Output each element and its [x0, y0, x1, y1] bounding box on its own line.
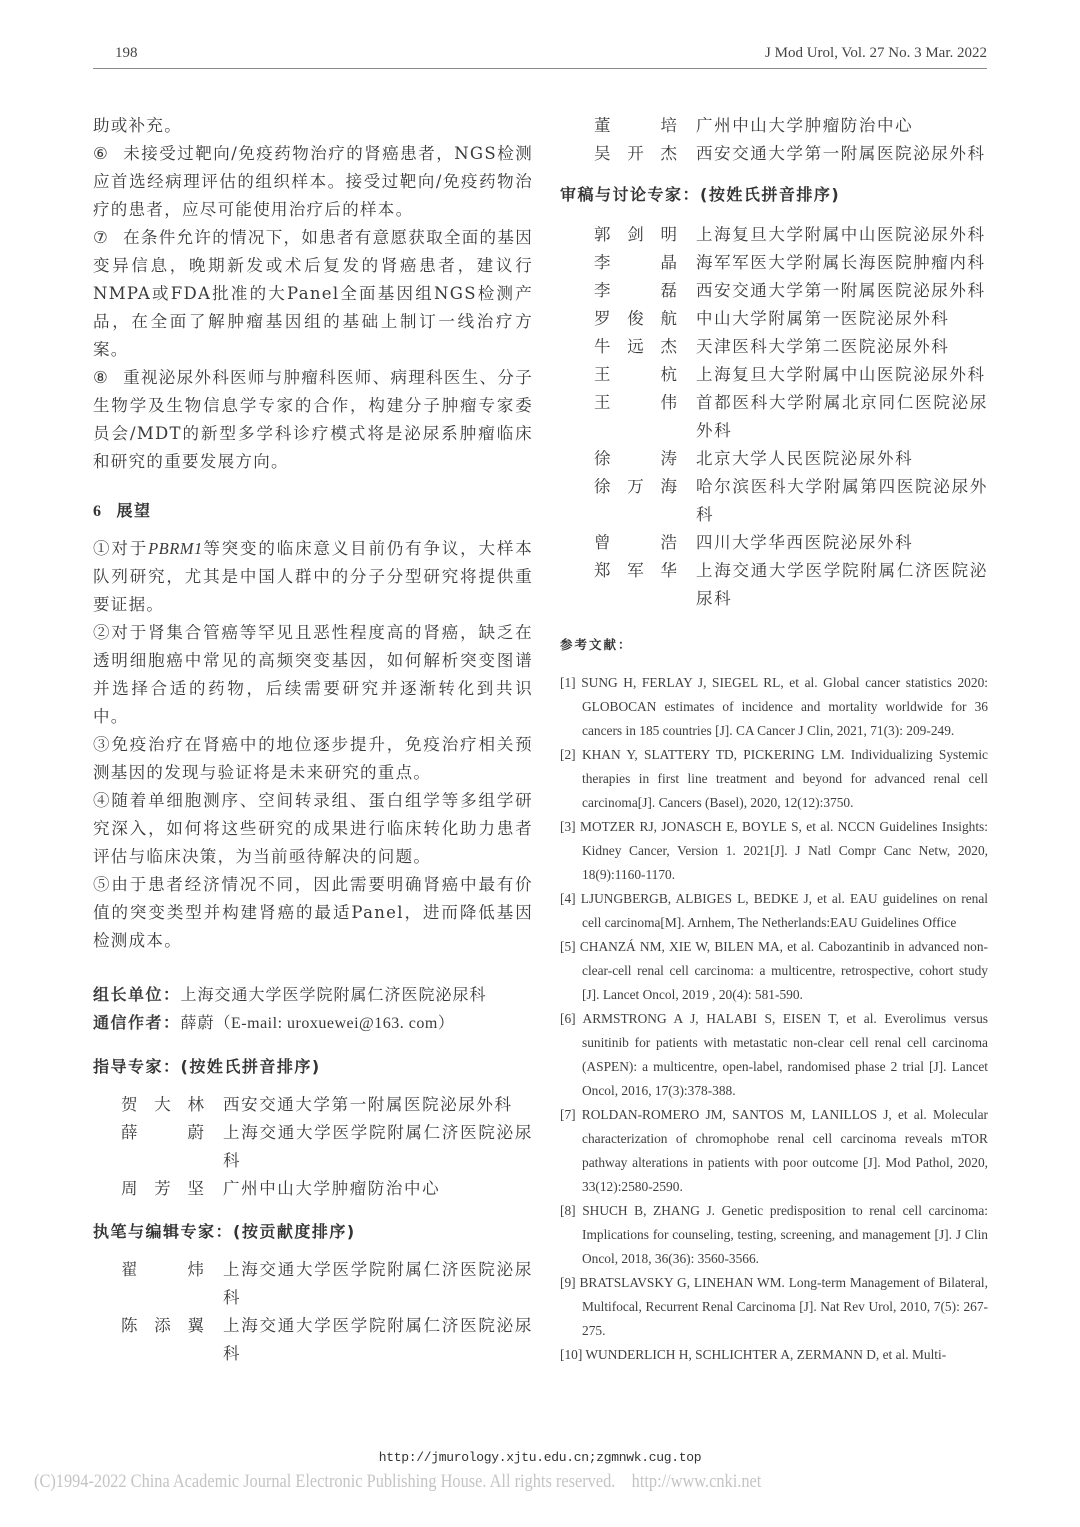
left-column: 助或补充。 ⑥未接受过靶向/免疫药物治疗的肾癌患者，NGS检测应首选经病理评估的… [93, 112, 533, 1368]
reference-item: [2] KHAN Y, SLATTERY TD, PICKERING LM. I… [560, 743, 988, 815]
recommendation-6: ⑥未接受过靶向/免疫药物治疗的肾癌患者，NGS检测应首选经病理评估的组织样本。接… [93, 140, 533, 224]
email-link[interactable]: （E-mail: uroxuewei@163. com） [215, 1015, 455, 1032]
page-number: 198 [115, 45, 138, 62]
expert-row: 罗俊航中山大学附属第一医院泌尿外科 [594, 305, 988, 333]
item-number: ⑧ [93, 368, 109, 387]
item-number: ⑦ [93, 228, 109, 247]
expert-row: 贺大林西安交通大学第一附属医院泌尿外科 [121, 1091, 533, 1119]
item-text: 在条件允许的情况下，如患者有意愿获取全面的基因变异信息，晚期新发或术后复发的肾癌… [93, 228, 533, 359]
footer-journal-url[interactable]: http://jmurology.xjtu.edu.cn;zgmnwk.cug.… [0, 1450, 1080, 1465]
review-experts-list: 郭剑明上海复旦大学附属中山医院泌尿外科 李 晶海军军医大学附属长海医院肿瘤内科 … [560, 221, 988, 613]
outlook-point-2: ②对于肾集合管癌等罕见且恶性程度高的肾癌，缺乏在透明细胞癌中常见的高频突变基因，… [93, 619, 533, 731]
writing-experts-list: 翟 炜上海交通大学医学院附属仁济医院泌尿科 陈添翼上海交通大学医学院附属仁济医院… [93, 1256, 533, 1368]
section-heading-outlook: 6展望 [93, 498, 533, 521]
expert-row: 陈添翼上海交通大学医学院附属仁济医院泌尿科 [121, 1312, 533, 1368]
expert-row: 吴开杰西安交通大学第一附属医院泌尿外科 [594, 140, 988, 168]
right-column: 董 培广州中山大学肿瘤防治中心 吴开杰西安交通大学第一附属医院泌尿外科 审稿与讨… [560, 112, 988, 1367]
expert-row: 周芳坚广州中山大学肿瘤防治中心 [121, 1175, 533, 1203]
journal-citation: J Mod Urol, Vol. 27 No. 3 Mar. 2022 [765, 45, 987, 62]
outlook-point-5: ⑤由于患者经济情况不同，因此需要明确肾癌中最有价值的突变类型并构建肾癌的最适Pa… [93, 871, 533, 955]
running-header: 198 J Mod Urol, Vol. 27 No. 3 Mar. 2022 [93, 40, 987, 69]
recommendation-8: ⑧重视泌尿外科医师与肿瘤科医师、病理科医生、分子生物学及生物信息学专家的合作，构… [93, 364, 533, 476]
footer-copyright: (C)1994-2022 China Academic Journal Elec… [34, 1471, 761, 1493]
expert-row: 李 磊西安交通大学第一附属医院泌尿外科 [594, 277, 988, 305]
recommendation-7: ⑦在条件允许的情况下，如患者有意愿获取全面的基因变异信息，晚期新发或术后复发的肾… [93, 224, 533, 364]
reference-item: [3] MOTZER RJ, JONASCH E, BOYLE S, et al… [560, 815, 988, 887]
review-experts-heading: 审稿与讨论专家：(按姓氏拼音排序) [560, 182, 988, 205]
outlook-point-3: ③免疫治疗在肾癌中的地位逐步提升，免疫治疗相关预测基因的发现与验证将是未来研究的… [93, 731, 533, 787]
expert-row: 薛 蔚上海交通大学医学院附属仁济医院泌尿科 [121, 1119, 533, 1175]
expert-row: 郑军华上海交通大学医学院附属仁济医院泌尿科 [594, 557, 988, 613]
expert-row: 李 晶海军军医大学附属长海医院肿瘤内科 [594, 249, 988, 277]
expert-row: 翟 炜上海交通大学医学院附属仁济医院泌尿科 [121, 1256, 533, 1312]
writing-experts-heading: 执笔与编辑专家：(按贡献度排序) [93, 1219, 533, 1242]
expert-row: 王 杭上海复旦大学附属中山医院泌尿外科 [594, 361, 988, 389]
reference-item: [9] BRATSLAVSKY G, LINEHAN WM. Long-term… [560, 1271, 988, 1343]
continuation-text: 助或补充。 [93, 112, 533, 140]
outlook-point-4: ④随着单细胞测序、空间转录组、蛋白组学等多组学研究深入，如何将这些研究的成果进行… [93, 787, 533, 871]
outlook-point-1: ①对于PBRM1等突变的临床意义目前仍有争议，大样本队列研究，尤其是中国人群中的… [93, 535, 533, 619]
corresponding-author: 通信作者：薛蔚（E-mail: uroxuewei@163. com） [93, 1009, 533, 1038]
expert-row: 郭剑明上海复旦大学附属中山医院泌尿外科 [594, 221, 988, 249]
expert-row: 徐 涛北京大学人民医院泌尿外科 [594, 445, 988, 473]
expert-row: 曾 浩四川大学华西医院泌尿外科 [594, 529, 988, 557]
reference-item: [10] WUNDERLICH H, SCHLICHTER A, ZERMANN… [560, 1343, 988, 1367]
reference-list: [1] SUNG H, FERLAY J, SIEGEL RL, et al. … [560, 671, 988, 1367]
gene-name: PBRM1 [148, 539, 203, 558]
reference-item: [7] ROLDAN-ROMERO JM, SANTOS M, LANILLOS… [560, 1103, 988, 1199]
reference-item: [1] SUNG H, FERLAY J, SIEGEL RL, et al. … [560, 671, 988, 743]
guiding-experts-heading: 指导专家：(按姓氏拼音排序) [93, 1054, 533, 1077]
affiliation-block: 组长单位：上海交通大学医学院附属仁济医院泌尿科 通信作者：薛蔚（E-mail: … [93, 981, 533, 1038]
reference-item: [5] CHANZÁ NM, XIE W, BILEN MA, et al. C… [560, 935, 988, 1007]
reference-item: [8] SHUCH B, ZHANG J. Genetic predisposi… [560, 1199, 988, 1271]
reference-item: [4] LJUNGBERGB, ALBIGES L, BEDKE J, et a… [560, 887, 988, 935]
writing-experts-continued: 董 培广州中山大学肿瘤防治中心 吴开杰西安交通大学第一附属医院泌尿外科 [560, 112, 988, 168]
cnki-link[interactable]: http://www.cnki.net [632, 1471, 762, 1492]
reference-item: [6] ARMSTRONG A J, HALABI S, EISEN T, et… [560, 1007, 988, 1103]
leader-unit: 组长单位：上海交通大学医学院附属仁济医院泌尿科 [93, 981, 533, 1009]
expert-row: 徐万海哈尔滨医科大学附属第四医院泌尿外科 [594, 473, 988, 529]
guiding-experts-list: 贺大林西安交通大学第一附属医院泌尿外科 薛 蔚上海交通大学医学院附属仁济医院泌尿… [93, 1091, 533, 1203]
expert-row: 王 伟首都医科大学附属北京同仁医院泌尿外科 [594, 389, 988, 445]
expert-row: 牛远杰天津医科大学第二医院泌尿外科 [594, 333, 988, 361]
references-heading: 参考文献： [560, 635, 988, 653]
expert-row: 董 培广州中山大学肿瘤防治中心 [594, 112, 988, 140]
item-text: 重视泌尿外科医师与肿瘤科医师、病理科医生、分子生物学及生物信息学专家的合作，构建… [93, 368, 533, 471]
item-number: ⑥ [93, 144, 109, 163]
item-text: 未接受过靶向/免疫药物治疗的肾癌患者，NGS检测应首选经病理评估的组织样本。接受… [93, 144, 533, 219]
